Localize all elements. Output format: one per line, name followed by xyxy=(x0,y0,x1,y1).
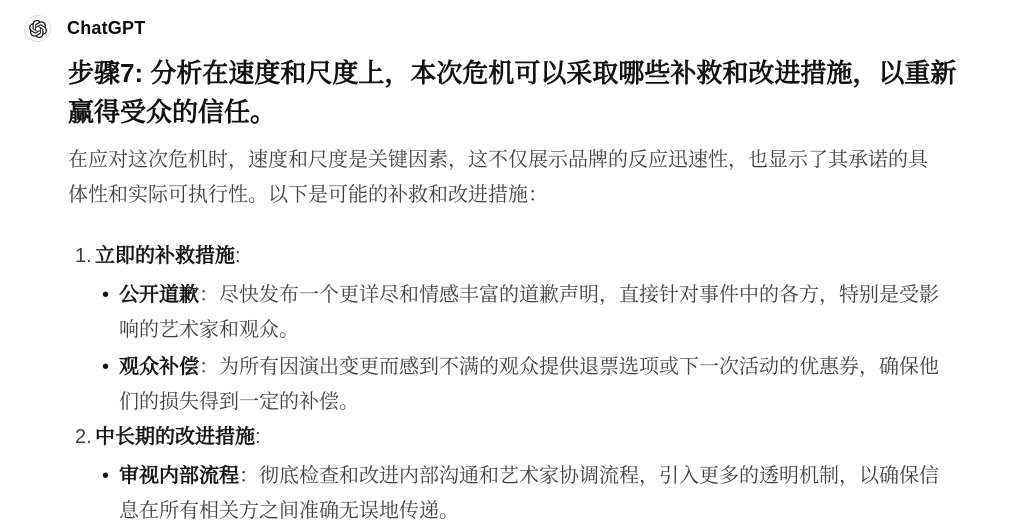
item-number: 2. xyxy=(75,420,95,455)
bullet-term: 观众补偿 xyxy=(119,356,199,378)
bullet-item: • 公开道歉：尽快发布一个更详尽和情感丰富的道歉声明，直接针对事件中的各方，特别… xyxy=(102,278,1004,348)
numbered-item-2: 2. 中长期的改进措施: xyxy=(75,420,1004,455)
remediation-list: 1. 立即的补救措施: • 公开道歉：尽快发布一个更详尽和情感丰富的道歉声明，直… xyxy=(68,239,1004,523)
bullet-item: • 审视内部流程：彻底检查和改进内部沟通和艺术家协调流程，引入更多的透明机制，以… xyxy=(102,459,1004,523)
bullet-icon: • xyxy=(102,278,119,313)
bullet-term: 公开道歉 xyxy=(119,284,199,306)
item-number: 1. xyxy=(75,239,95,274)
message-title: 步骤7: 分析在速度和尺度上，本次危机可以采取哪些补救和改进措施，以重新赢得受众… xyxy=(68,54,978,132)
bullet-item: • 观众补偿：为所有因演出变更而感到不满的观众提供退票选项或下一次活动的优惠券，… xyxy=(102,350,1004,420)
item-heading-wrap: 中长期的改进措施: xyxy=(95,420,261,455)
item-heading-suffix: : xyxy=(255,426,261,448)
bullet-separator: ： xyxy=(199,284,219,306)
message-body: 步骤7: 分析在速度和尺度上，本次危机可以采取哪些补救和改进措施，以重新赢得受众… xyxy=(68,54,1004,523)
openai-logo-icon xyxy=(29,20,47,38)
bullet-icon: • xyxy=(102,350,119,385)
message-intro: 在应对这次危机时，速度和尺度是关键因素，这不仅展示品牌的反应迅速性，也显示了其承… xyxy=(68,143,940,213)
item-heading: 中长期的改进措施 xyxy=(95,426,255,448)
bullet-group-2: • 审视内部流程：彻底检查和改进内部沟通和艺术家协调流程，引入更多的透明机制，以… xyxy=(68,459,1004,523)
bullet-content: 观众补偿：为所有因演出变更而感到不满的观众提供退票选项或下一次活动的优惠券，确保… xyxy=(119,350,951,420)
bullet-content: 审视内部流程：彻底检查和改进内部沟通和艺术家协调流程，引入更多的透明机制，以确保… xyxy=(119,459,951,523)
chatgpt-response-view: ChatGPT 步骤7: 分析在速度和尺度上，本次危机可以采取哪些补救和改进措施… xyxy=(0,0,1024,523)
bullet-group-1: • 公开道歉：尽快发布一个更详尽和情感丰富的道歉声明，直接针对事件中的各方，特别… xyxy=(68,278,1004,420)
numbered-item-1: 1. 立即的补救措施: xyxy=(75,239,1004,274)
chatgpt-avatar xyxy=(24,15,51,42)
message-header: ChatGPT xyxy=(0,0,1024,42)
bullet-icon: • xyxy=(102,459,119,494)
bullet-text: 尽快发布一个更详尽和情感丰富的道歉声明，直接针对事件中的各方，特别是受影响的艺术… xyxy=(119,284,939,341)
item-heading-wrap: 立即的补救措施: xyxy=(95,239,241,274)
bullet-term: 审视内部流程 xyxy=(119,465,239,487)
bullet-separator: ： xyxy=(239,465,259,487)
bullet-separator: ： xyxy=(199,356,219,378)
bullet-text: 为所有因演出变更而感到不满的观众提供退票选项或下一次活动的优惠券，确保他们的损失… xyxy=(119,356,939,413)
brand-name: ChatGPT xyxy=(67,18,145,39)
bullet-content: 公开道歉：尽快发布一个更详尽和情感丰富的道歉声明，直接针对事件中的各方，特别是受… xyxy=(119,278,951,348)
item-heading-suffix: : xyxy=(235,245,241,267)
item-heading: 立即的补救措施 xyxy=(95,245,235,267)
